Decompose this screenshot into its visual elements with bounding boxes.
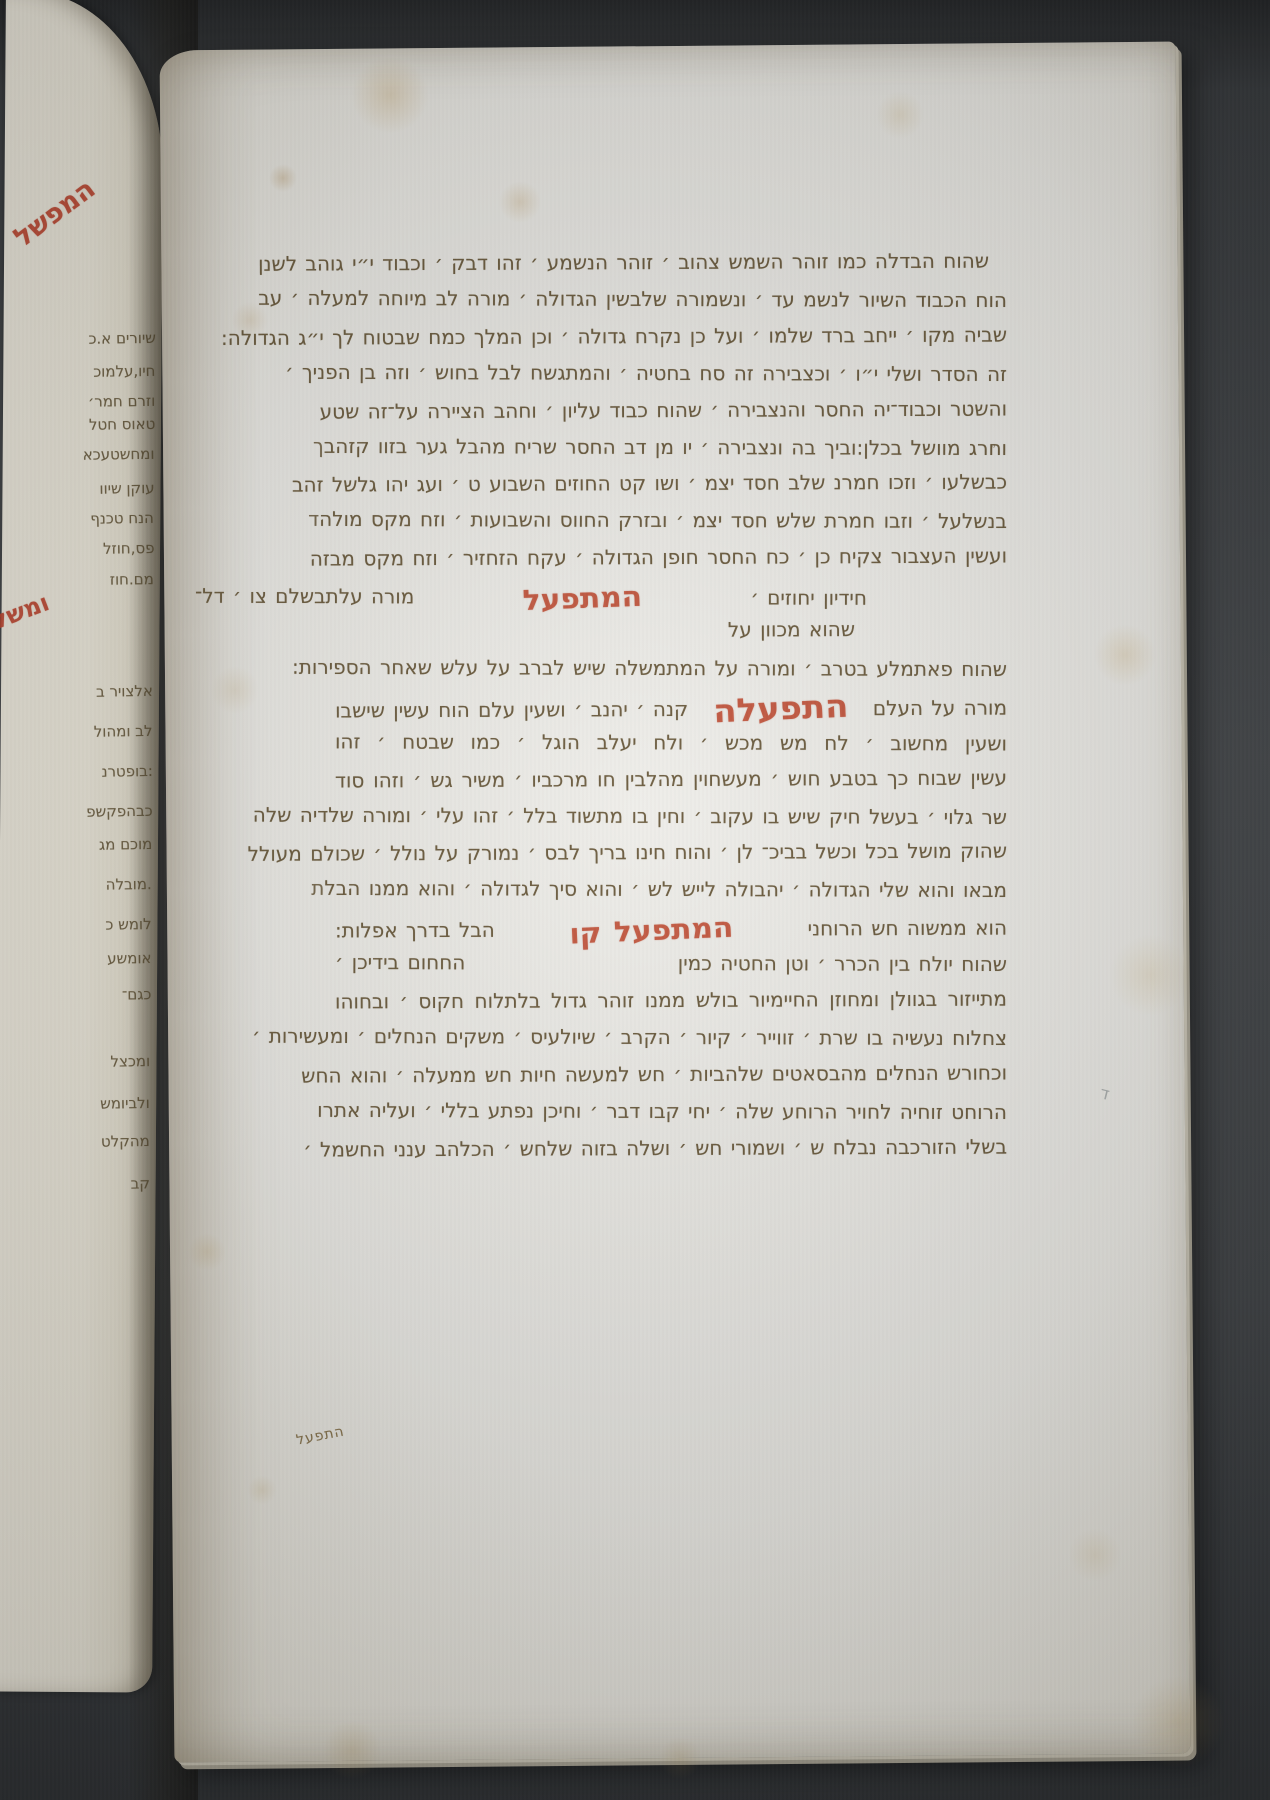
facing-fragment-line: ומכצל [111,1052,151,1071]
text-segment: שהוק מושל בכל וכשל בביכ־ לן ׳ והוח חינו … [247,836,1007,870]
text-segment: בשלי הזורכבה נבלח ש ׳ ושמורי חש ׳ ושלה ב… [303,1131,1007,1165]
text-line: הוא ממשוה חש הרוחניהמתפעל קוהבל בדרך אפל… [335,910,1007,944]
text-segment: ועשין העצבור צקיח כן ׳ כח החסר חופן הגדו… [310,541,1007,575]
line-end-letter: ך [313,430,324,461]
text-segment: זה הסדר ושלי י״ו ׳ וכצבירה זה סח בחטיה ׳… [285,356,1007,389]
text-segment: שר גלוי ׳ בעשל חיק שיש בו עקוב ׳ וחין בו… [253,799,1007,832]
facing-fragment-line: כגם־ [121,985,151,1003]
facing-fragment-line: הנח טכנף [90,509,154,528]
text-line: בשלי הזורכבה נבלח ש ׳ ושמורי חש ׳ ושלה ב… [335,1131,1007,1165]
facing-fragment-line: מובלה. [106,875,152,894]
text-line: מבאו והוא שלי הגדולה ׳ יהבולה לייש לש ׳ … [335,873,1007,906]
text-segment: כבשלעו ׳ וזכו חמרנ שלב חסד יצמ ׳ ושו קט … [292,467,1007,501]
facing-fragment-line: עוקן שיוו [99,479,154,498]
text-line: שהוח יולח בין הכרר ׳ וטן החטיה כמיןהחחום… [335,947,1007,980]
text-segment: הרוחט זוחיה לחויר הרוחע שלה ׳ יחי קבו דב… [317,1095,1007,1128]
text-line: חידיון יחוזים ׳המתפעלמורה עלתבשלם צו ׳ ד… [195,578,1007,612]
facing-fragment-line: ולביומש [101,1094,151,1113]
text-line: עשין שבוח כך בטבע חוש ׳ מעשחוין מהלבין ח… [335,762,1007,796]
facing-fragment-line: קב [130,1174,150,1192]
text-line: הוח הכבוד השיור לנשמ עד ׳ ונשמורה שלבשין… [335,283,1007,316]
facing-rubric-word: המפשל [8,173,101,253]
rubric-word: המתפעל קו [569,912,734,950]
text-segment: קנה ׳ יהנב ׳ ושעין עלם הוח עשין שישבו [335,694,688,727]
text-segment: וכחורש הנחלים מהבסאטים שלהביות ׳ חש למעש… [301,1057,1007,1091]
text-segment: הבל בדרך אפלות: [335,915,495,947]
text-segment: עשין שבוח כך בטבע חוש ׳ מעשחוין מהלבין ח… [335,762,1007,796]
text-line: וחרג מוושל בכלן:וביך בה ונצבירה ׳ יו מן … [335,430,1007,463]
main-text-block: שהוח הבדלה כמו זוהר השמש צהוב ׳ זוהר הנש… [335,0,1007,1800]
line-end-letter: ד [308,504,319,535]
text-line: זה הסדר ושלי י״ו ׳ וכצבירה זה סח בחטיה ׳… [335,357,1007,390]
text-segment: חידיון יחוזים ׳ [750,583,867,614]
text-line: והשטר וכבוד־יה החסר והנצבירה ׳ שהוח כבוד… [335,393,1007,427]
text-segment: החחום בידיכן ׳ [335,947,466,978]
facing-fragment-line: חיו,עלמוכ [93,362,155,381]
facing-fragment-line: מם.חוז [110,570,154,589]
text-line: שהוח הבדלה כמו זוהר השמש צהוב ׳ זוהר הנש… [317,245,1007,279]
text-segment: מורה על העלם [873,692,1007,724]
facing-fragment-line: בופטרנ: [101,762,153,781]
text-line: שהוח פאתמלע בטרב ׳ ומורה על המתמשלה שיש … [335,652,1007,685]
text-segment: והשטר וכבוד־יה החסר והנצבירה ׳ שהוח כבוד… [320,393,1008,427]
text-line: בנשלעל ׳ וזבו חמרת שלש חסד יצמ ׳ ובזרק ה… [335,504,1007,537]
facing-fragment-line: מהקלט [101,1132,150,1151]
text-segment: שביה מקו ׳ ייחב ברד שלמו ׳ ועל כן נקרח ג… [221,319,1007,353]
facing-page-edge: המפשל ומשל שיורים א.כחיו,עלמוכוזרם חמר׳ט… [0,0,164,1693]
line-end-letter: ת [311,873,324,904]
text-segment: הוח הכבוד השיור לנשמ עד ׳ ונשמורה שלבשין… [258,283,1007,316]
facing-fragment-line: אומשע [107,949,152,968]
text-segment: שהוח יולח בין הכרר ׳ וטן החטיה כמין [678,948,1007,980]
text-line: הרוחט זוחיה לחויר הרוחע שלה ׳ יחי קבו דב… [335,1095,1007,1128]
text-line: מורה על העלםהתפעלהקנה ׳ יהנב ׳ ושעין עלם… [335,688,1007,722]
text-segment: צחלוח נעשיה בו שרת ׳ זווייר ׳ קיור ׳ הקר… [252,1021,1007,1054]
text-segment: הוא ממשוה חש הרוחני [808,913,1008,945]
manuscript-photo: המפשל ומשל שיורים א.כחיו,עלמוכוזרם חמר׳ט… [0,0,1270,1800]
text-segment: בנשלעל ׳ וזבו חמרת שלש חסד יצמ ׳ ובזרק ה… [319,504,1007,537]
facing-fragment-line: לומש כ [105,915,151,934]
text-line: שביה מקו ׳ ייחב ברד שלמו ׳ ועל כן נקרח ג… [335,319,1007,353]
text-line: שהוא מכוון על [0,613,1007,649]
text-segment: מבאו והוא שלי הגדולה ׳ יהבולה לייש לש ׳ … [324,873,1007,906]
text-segment: וחרג מוושל בכלן:וביך בה ונצבירה ׳ יו מן … [324,430,1007,463]
text-line: ושעין מחשוב ׳ לח מש מכש ׳ ולח יעלב הוגל … [67,725,1007,759]
facing-fragment-line: אלצויר ב [96,682,153,701]
text-line: שר גלוי ׳ בעשל חיק שיש בו עקוב ׳ וחין בו… [335,799,1007,832]
text-segment: ושעין מחשוב ׳ לח מש מכש ׳ ולח יעלב הוגל … [335,726,1007,759]
facing-fragment-line: ומחשטעכא [83,445,155,464]
text-segment: שהוח פאתמלע בטרב ׳ ומורה על המתמשלה שיש … [292,652,1007,685]
text-line: צחלוח נעשיה בו שרת ׳ זווייר ׳ קיור ׳ הקר… [335,1021,1007,1054]
facing-fragment-line: מוכם מג [99,835,153,854]
text-line: מתייזור בגוולן ומחוזן החיימיור בולש ממנו… [335,984,1007,1018]
facing-fragment-line: וזרם חמר׳ [88,392,155,411]
text-line: כבשלעו ׳ וזכו חמרנ שלב חסד יצמ ׳ ושו קט … [335,467,1007,501]
text-line: שהוק מושל בכל וכשל בביכ־ לן ׳ והוח חינו … [335,836,1007,870]
facing-fragment-line: פס,חוזל [102,539,154,558]
text-segment: מורה עלתבשלם צו ׳ דל־ [195,581,414,613]
rubric-word: התפעלה [712,690,848,727]
text-segment: שהוח הבדלה כמו זוהר השמש צהוב ׳ זוהר הנש… [258,246,989,280]
text-line: וכחורש הנחלים מהבסאטים שלהביות ׳ חש למעש… [335,1057,1007,1091]
facing-fragment-line: טאוס חטל [88,415,155,434]
text-segment: מתייזור בגוולן ומחוזן החיימיור בולש ממנו… [335,984,1007,1018]
facing-fragment-line: שיורים א.כ [88,329,156,348]
text-line: ועשין העצבור צקיח כן ׳ כח החסר חופן הגדו… [335,541,1007,575]
facing-fragment-line: כבהפקשפ [86,802,153,821]
rubric-word: המתפעל [522,581,642,616]
text-segment: שהוא מכוון על [728,614,855,646]
